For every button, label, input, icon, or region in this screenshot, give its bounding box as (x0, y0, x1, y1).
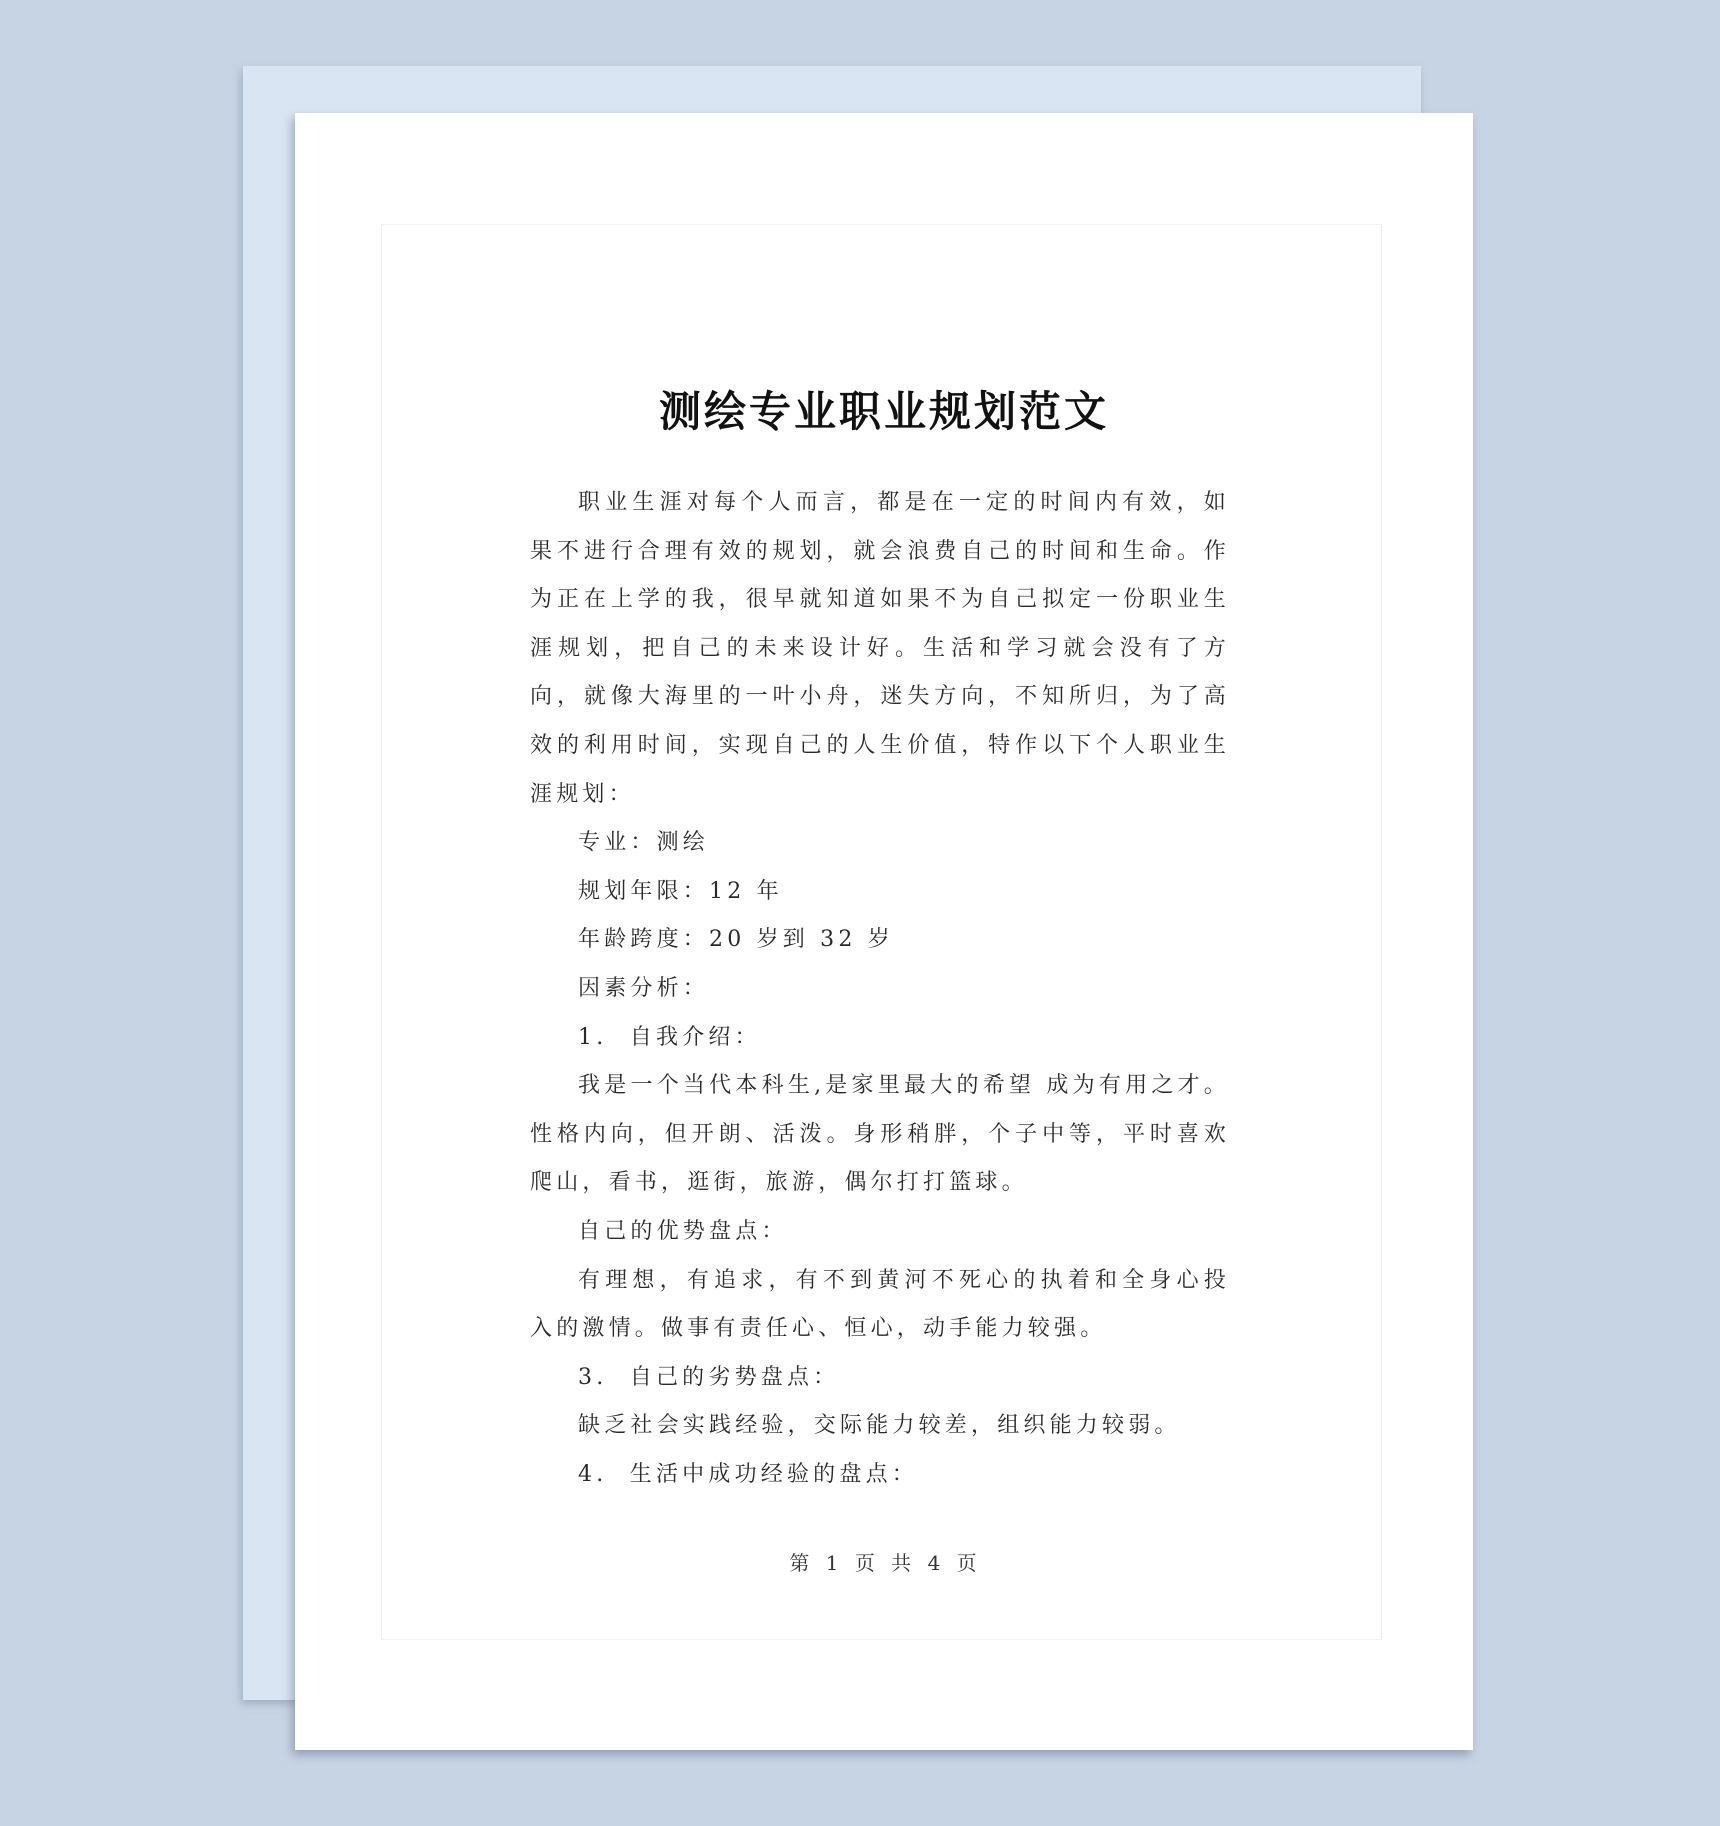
age-span-line: 年龄跨度：20 岁到 32 岁 (530, 916, 1230, 965)
weaknesses-paragraph: 缺乏社会实践经验，交际能力较差，组织能力较弱。 (530, 1402, 1230, 1451)
self-intro-paragraph: 我是一个当代本科生,是家里最大的希望 成为有用之才。性格内向，但开朗、活泼。身形… (530, 1062, 1230, 1208)
major-line: 专业：测绘 (530, 819, 1230, 868)
self-intro-heading: 1. 自我介绍： (530, 1014, 1230, 1063)
weaknesses-heading: 3. 自己的劣势盘点： (530, 1354, 1230, 1403)
document-page: 测绘专业职业规划范文 职业生涯对每个人而言，都是在一定的时间内有效，如果不进行合… (295, 113, 1473, 1750)
intro-paragraph: 职业生涯对每个人而言，都是在一定的时间内有效，如果不进行合理有效的规划，就会浪费… (530, 479, 1230, 819)
plan-years-line: 规划年限：12 年 (530, 868, 1230, 917)
page-number-footer: 第 1 页 共 4 页 (295, 1547, 1473, 1576)
strengths-paragraph: 有理想，有追求，有不到黄河不死心的执着和全身心投入的激情。做事有责任心、恒心，动… (530, 1257, 1230, 1354)
factor-analysis-heading: 因素分析： (530, 965, 1230, 1014)
success-experience-heading: 4. 生活中成功经验的盘点： (530, 1451, 1230, 1500)
document-body: 职业生涯对每个人而言，都是在一定的时间内有效，如果不进行合理有效的规划，就会浪费… (530, 479, 1230, 1499)
document-title: 测绘专业职业规划范文 (295, 379, 1473, 439)
strengths-heading: 自己的优势盘点： (530, 1208, 1230, 1257)
